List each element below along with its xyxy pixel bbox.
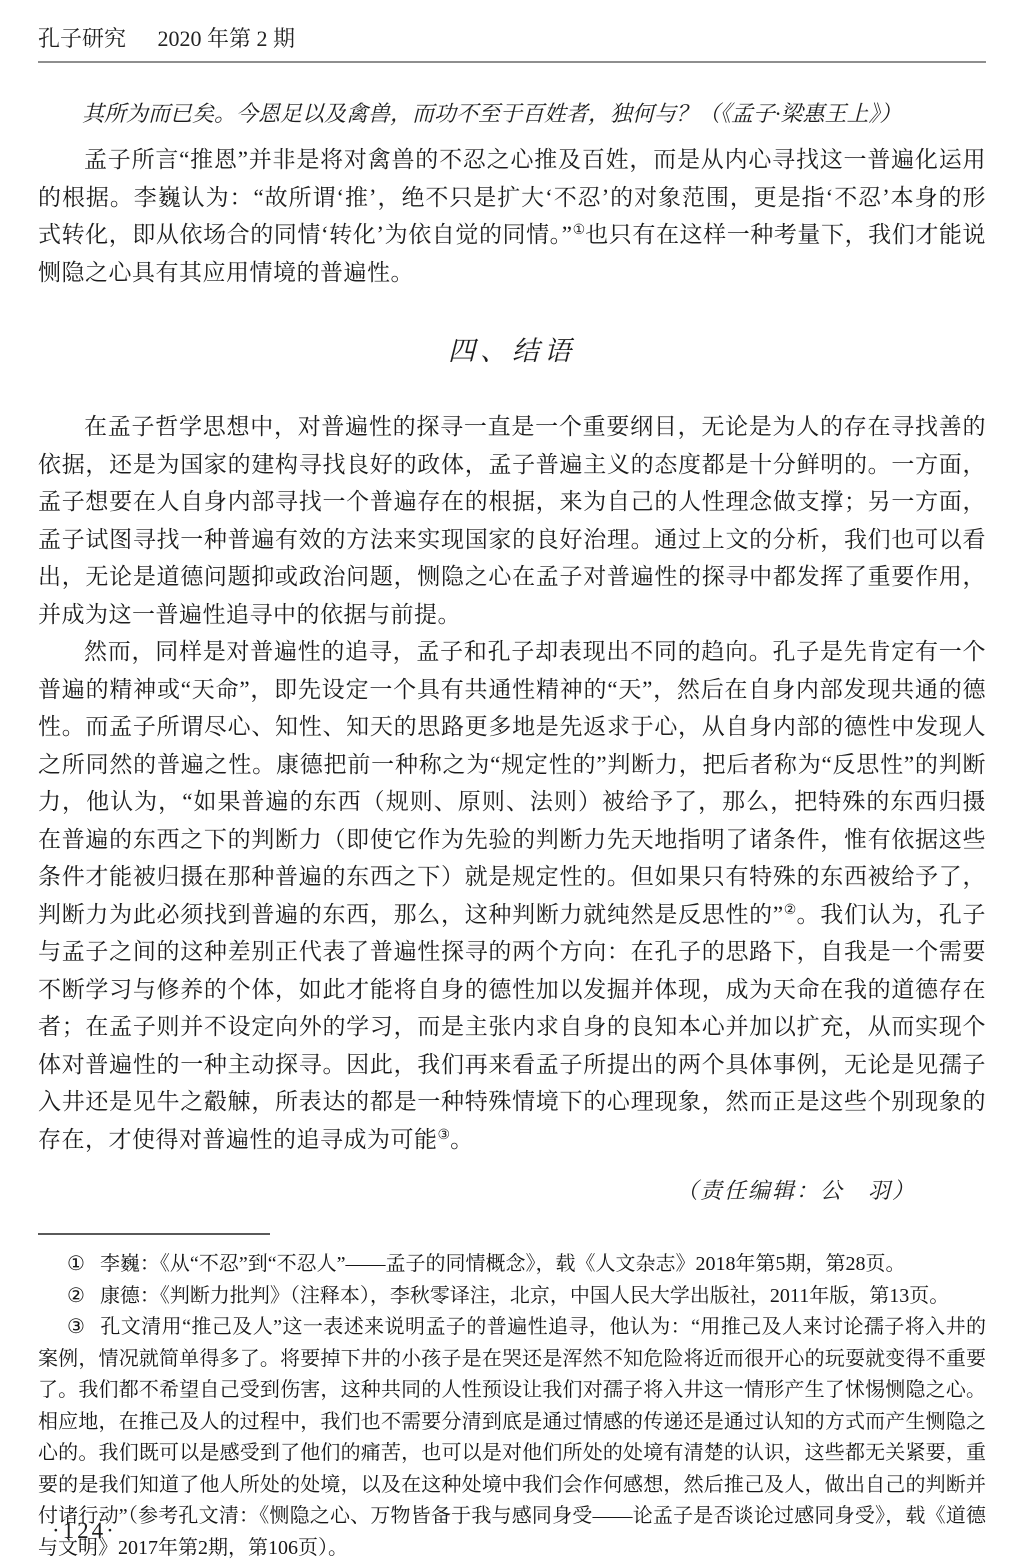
journal-page: 孔子研究 2020 年第 2 期 其所为而已矣。今恩足以及禽兽，而功不至于百姓者… (0, 0, 1024, 1560)
paragraph-3-text-end: 。 (450, 1127, 474, 1152)
footnote-3-marker: ③ (67, 1316, 85, 1338)
page-number: ·124· (52, 1518, 117, 1544)
header-divider (38, 61, 986, 63)
paragraph-1: 孟子所言“推恩”并非是将对禽兽的不忍之心推及百姓，而是从内心寻找这一普遍化运用的… (38, 141, 986, 291)
footnote-1-text: 李巍：《从“不忍”到“不忍人”——孟子的同情概念》，载《人文杂志》2018年第5… (100, 1253, 906, 1275)
running-head: 孔子研究 2020 年第 2 期 (38, 26, 986, 52)
footnote-ref-3: ③ (438, 1128, 451, 1143)
footnote-3: ③孔文清用“推己及人”这一表述来说明孟子的普遍性追寻，他认为：“用推己及人来讨论… (38, 1312, 986, 1560)
journal-title: 孔子研究 (38, 26, 126, 51)
section-heading: 四、结语 (38, 329, 986, 368)
epigraph-quote: 其所为而已矣。今恩足以及禽兽，而功不至于百姓者，独何与？（《孟子·梁惠王上》） (38, 97, 986, 131)
footnote-2-marker: ② (67, 1285, 85, 1307)
footnotes-section: ①李巍：《从“不忍”到“不忍人”——孟子的同情概念》，载《人文杂志》2018年第… (38, 1249, 986, 1560)
footnote-divider (38, 1233, 270, 1235)
footnote-3-text: 孔文清用“推己及人”这一表述来说明孟子的普遍性追寻，他认为：“用推己及人来讨论孺… (38, 1316, 986, 1559)
paragraph-3: 然而，同样是对普遍性的追寻，孟子和孔子却表现出不同的趋向。孔子是先肯定有一个普遍… (38, 633, 986, 1158)
footnote-1-marker: ① (67, 1253, 85, 1275)
paragraph-3-text: 然而，同样是对普遍性的追寻，孟子和孔子却表现出不同的趋向。孔子是先肯定有一个普遍… (38, 639, 986, 927)
footnote-2-text: 康德：《判断力批判》（注释本），李秋零译注，北京，中国人民大学出版社，2011年… (100, 1285, 949, 1307)
issue-label: 2020 年第 2 期 (158, 26, 296, 51)
paragraph-3-text-cont: 。我们认为，孔子与孟子之间的这种差别正代表了普遍性探寻的两个方向：在孔子的思路下… (38, 902, 986, 1152)
footnote-1: ①李巍：《从“不忍”到“不忍人”——孟子的同情概念》，载《人文杂志》2018年第… (38, 1249, 986, 1281)
footnote-2: ②康德：《判断力批判》（注释本），李秋零译注，北京，中国人民大学出版社，2011… (38, 1281, 986, 1313)
paragraph-2: 在孟子哲学思想中，对普遍性的探寻一直是一个重要纲目，无论是为人的存在寻找善的依据… (38, 408, 986, 633)
editor-note: （责任编辑：公 羽） (38, 1174, 916, 1205)
footnote-ref-1: ① (572, 223, 585, 238)
footnote-ref-2: ② (784, 903, 797, 918)
